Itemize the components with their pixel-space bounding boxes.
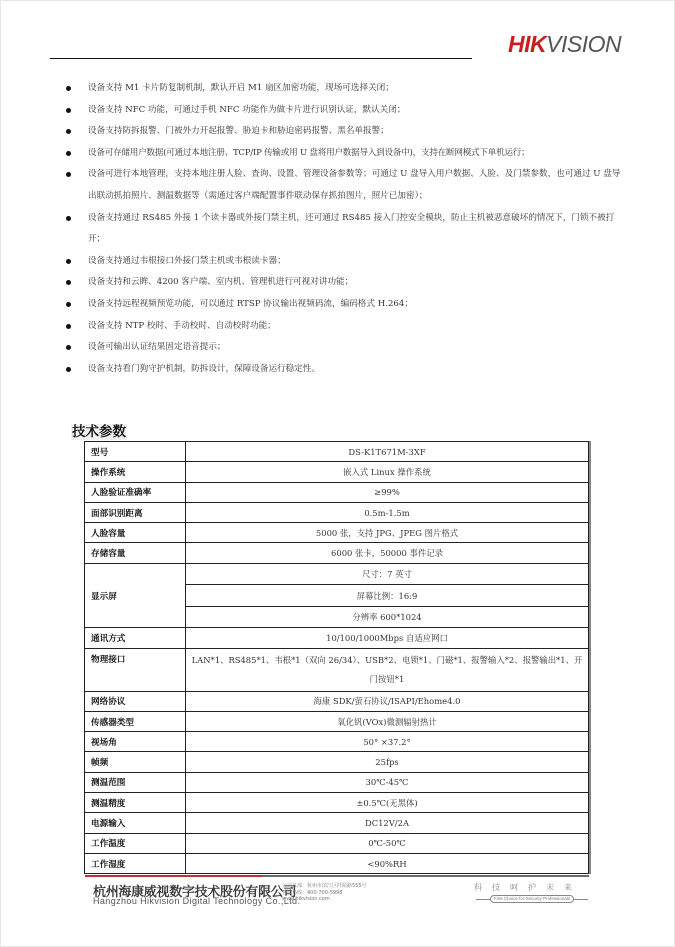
bullet-icon xyxy=(66,280,71,285)
address: 公司总部：杭州市滨江区阡陌路555号 xyxy=(282,883,367,890)
contact-info: 公司总部：杭州市滨江区阡陌路555号 客服热线：400-700-5998 www… xyxy=(282,883,367,903)
specs-table: 型号DS-K1T671M-3XF 操作系统嵌入式 Linux 操作系统 人脸验证… xyxy=(84,441,589,874)
table-row: 操作系统嵌入式 Linux 操作系统 xyxy=(85,462,589,482)
bullet-icon xyxy=(66,259,71,264)
feature-item: 设备支持看门狗守护机制，防拆设计，保障设备运行稳定性。 xyxy=(64,359,624,381)
feature-item: 设备支持防拆报警、门被外力开起报警、胁迫卡和胁迫密码报警、黑名单报警； xyxy=(64,121,624,143)
footer-divider-red xyxy=(85,875,262,877)
table-row: 人脸容量5000 张，支持 JPG、JPEG 图片格式 xyxy=(85,523,589,543)
bullet-icon xyxy=(66,367,71,372)
table-row: 面部识别距离0.5m-1.5m xyxy=(85,502,589,522)
bullet-icon xyxy=(66,324,71,329)
feature-item: 设备可输出认证结果固定语音提示； xyxy=(64,337,624,359)
bullet-icon xyxy=(66,108,71,113)
table-row: 传感器类型氧化钒(VOx)微测辐射热计 xyxy=(85,711,589,731)
feature-item: 设备支持远程视频预览功能，可以通过 RTSP 协议输出视频码流，编码格式 H.2… xyxy=(64,294,624,316)
bullet-icon xyxy=(66,151,71,156)
table-row: 电源输入DC12V/2A xyxy=(85,813,589,833)
header-divider xyxy=(50,58,472,59)
slogan-en: First Choice for Security Professionals xyxy=(476,895,588,903)
table-row: 存储容量6000 张卡，50000 事件记录 xyxy=(85,543,589,563)
table-row: 测温精度±0.5℃(无黑体) xyxy=(85,793,589,813)
table-row: 显示屏尺寸：7 英寸 xyxy=(85,563,589,585)
website: www.hikvision.com xyxy=(282,896,367,903)
logo-vision: VISION xyxy=(546,31,621,57)
table-row: 帧频25fps xyxy=(85,752,589,772)
feature-item: 设备可存储用户数据(可通过本地注册、TCP/IP 传输或用 U 盘将用户数据导入… xyxy=(64,143,624,165)
table-row: 工作温度0℃-50℃ xyxy=(85,833,589,853)
table-row: 物理接口LAN*1、RS485*1、韦根*1（双向 26/34）、USB*2、电… xyxy=(85,648,589,691)
feature-item: 设备支持通过 RS485 外接 1 个读卡器或外接门禁主机，还可通过 RS485… xyxy=(64,208,624,251)
table-row: 网络协议海康 SDK/萤石协议/ISAPI/Ehome4.0 xyxy=(85,691,589,711)
feature-item: 设备支持和云眸、4200 客户端、室内机、管理机进行可视对讲功能； xyxy=(64,272,624,294)
table-row: 型号DS-K1T671M-3XF xyxy=(85,442,589,462)
slogan-cn: 科技呵护未来 xyxy=(474,882,582,893)
bullet-icon xyxy=(66,345,71,350)
feature-item: 设备可进行本地管理，支持本地注册人脸、查询、设置、管理设备参数等；可通过 U 盘… xyxy=(64,164,624,207)
bullet-icon xyxy=(66,129,71,134)
table-row: 视场角50° ×37.2° xyxy=(85,732,589,752)
feature-item: 设备支持 NTP 校时、手动校时、自动校时功能； xyxy=(64,316,624,338)
feature-item: 设备支持 M1 卡片防复制机制，默认开启 M1 扇区加密功能，现场可选择关闭； xyxy=(64,78,624,100)
bullet-icon xyxy=(66,172,71,177)
table-row: 测温范围30℃-45℃ xyxy=(85,772,589,792)
hikvision-logo: HIKVISION xyxy=(508,31,621,58)
logo-hik: HIK xyxy=(508,31,546,57)
footer-divider-gray xyxy=(262,875,589,877)
table-row: 人脸验证准确率≥99% xyxy=(85,482,589,502)
feature-item: 设备支持 NFC 功能，可通过手机 NFC 功能作为做卡片进行识别认证，默认关闭… xyxy=(64,100,624,122)
company-name-en: Hangzhou Hikvision Digital Technology Co… xyxy=(93,896,300,906)
bullet-icon xyxy=(66,86,71,91)
table-row: 工作湿度<90%RH xyxy=(85,853,589,873)
section-title-specs: 技术参数 xyxy=(71,424,127,440)
table-row: 通讯方式10/100/1000Mbps 自适应网口 xyxy=(85,628,589,648)
bullet-icon xyxy=(66,216,71,221)
feature-item: 设备支持通过韦根接口外接门禁主机或韦根读卡器； xyxy=(64,251,624,273)
bullet-icon xyxy=(66,302,71,307)
feature-list: 设备支持 M1 卡片防复制机制，默认开启 M1 扇区加密功能，现场可选择关闭； … xyxy=(64,78,624,380)
